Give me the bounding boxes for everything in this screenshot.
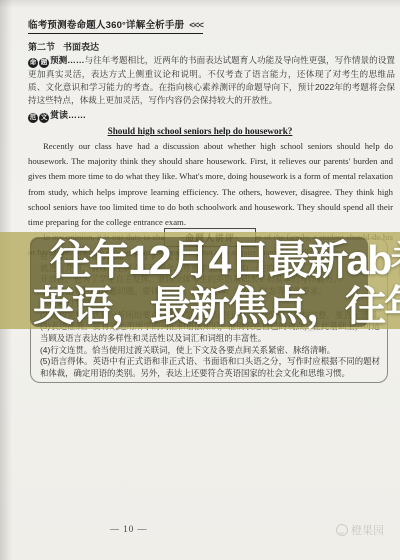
intro-badge-2: 题 (39, 58, 49, 68)
reading-heading: 范文赏读…… (28, 108, 86, 123)
commentary-point-5: (5)语言得体。英语中有正式语和非正式语、书面语和口头语之分，写作时应根据不同的… (40, 356, 380, 379)
overlay-title-line-2: 英语，最新焦点，往年 (33, 284, 400, 328)
section-number: 第二节 (28, 42, 55, 52)
scanned-page: 临考预测卷命题人360°详解全析手册<<< 第二节书面表达 命题预测……与往年考… (0, 0, 400, 560)
book-header: 临考预测卷命题人360°详解全析手册<<< (28, 17, 203, 34)
reading-lead: 赏读…… (50, 110, 86, 120)
watermark: 橙果园 (336, 522, 384, 538)
essay-paragraph-1: Recently our class have had a discussion… (28, 139, 393, 230)
intro-badge-1: 命 (28, 58, 38, 68)
intro-text: 与往年考题相比，近两年的书面表达试题育人功能及导向性更强，写作情景的设置更加真实… (28, 55, 395, 105)
section-title: 书面表达 (63, 42, 99, 52)
page-top-shadow (0, 0, 400, 8)
section-heading: 第二节书面表达 (28, 40, 99, 53)
header-arrows: <<< (189, 20, 203, 31)
watermark-text: 橙果园 (351, 522, 384, 538)
essay-title: Should high school seniors help do house… (0, 126, 400, 136)
watermark-smiley-icon (336, 524, 348, 536)
overlay-title-line-1: 往年12月4日最新ab卷 (50, 238, 400, 282)
page-number: — 10 — (110, 524, 148, 534)
intro-paragraph: 命题预测……与往年考题相比，近两年的书面表达试题育人功能及导向性更强，写作情景的… (28, 54, 395, 107)
reading-badge-1: 范 (28, 113, 38, 123)
reading-badge-2: 文 (39, 113, 49, 123)
commentary-point-4: (4)行文连贯。恰当使用过渡关联词，使上下文及各要点间关系紧密、脉络清晰。 (40, 345, 380, 357)
book-header-title: 临考预测卷命题人360°详解全析手册 (28, 20, 184, 31)
intro-lead: 预测…… (50, 55, 84, 65)
